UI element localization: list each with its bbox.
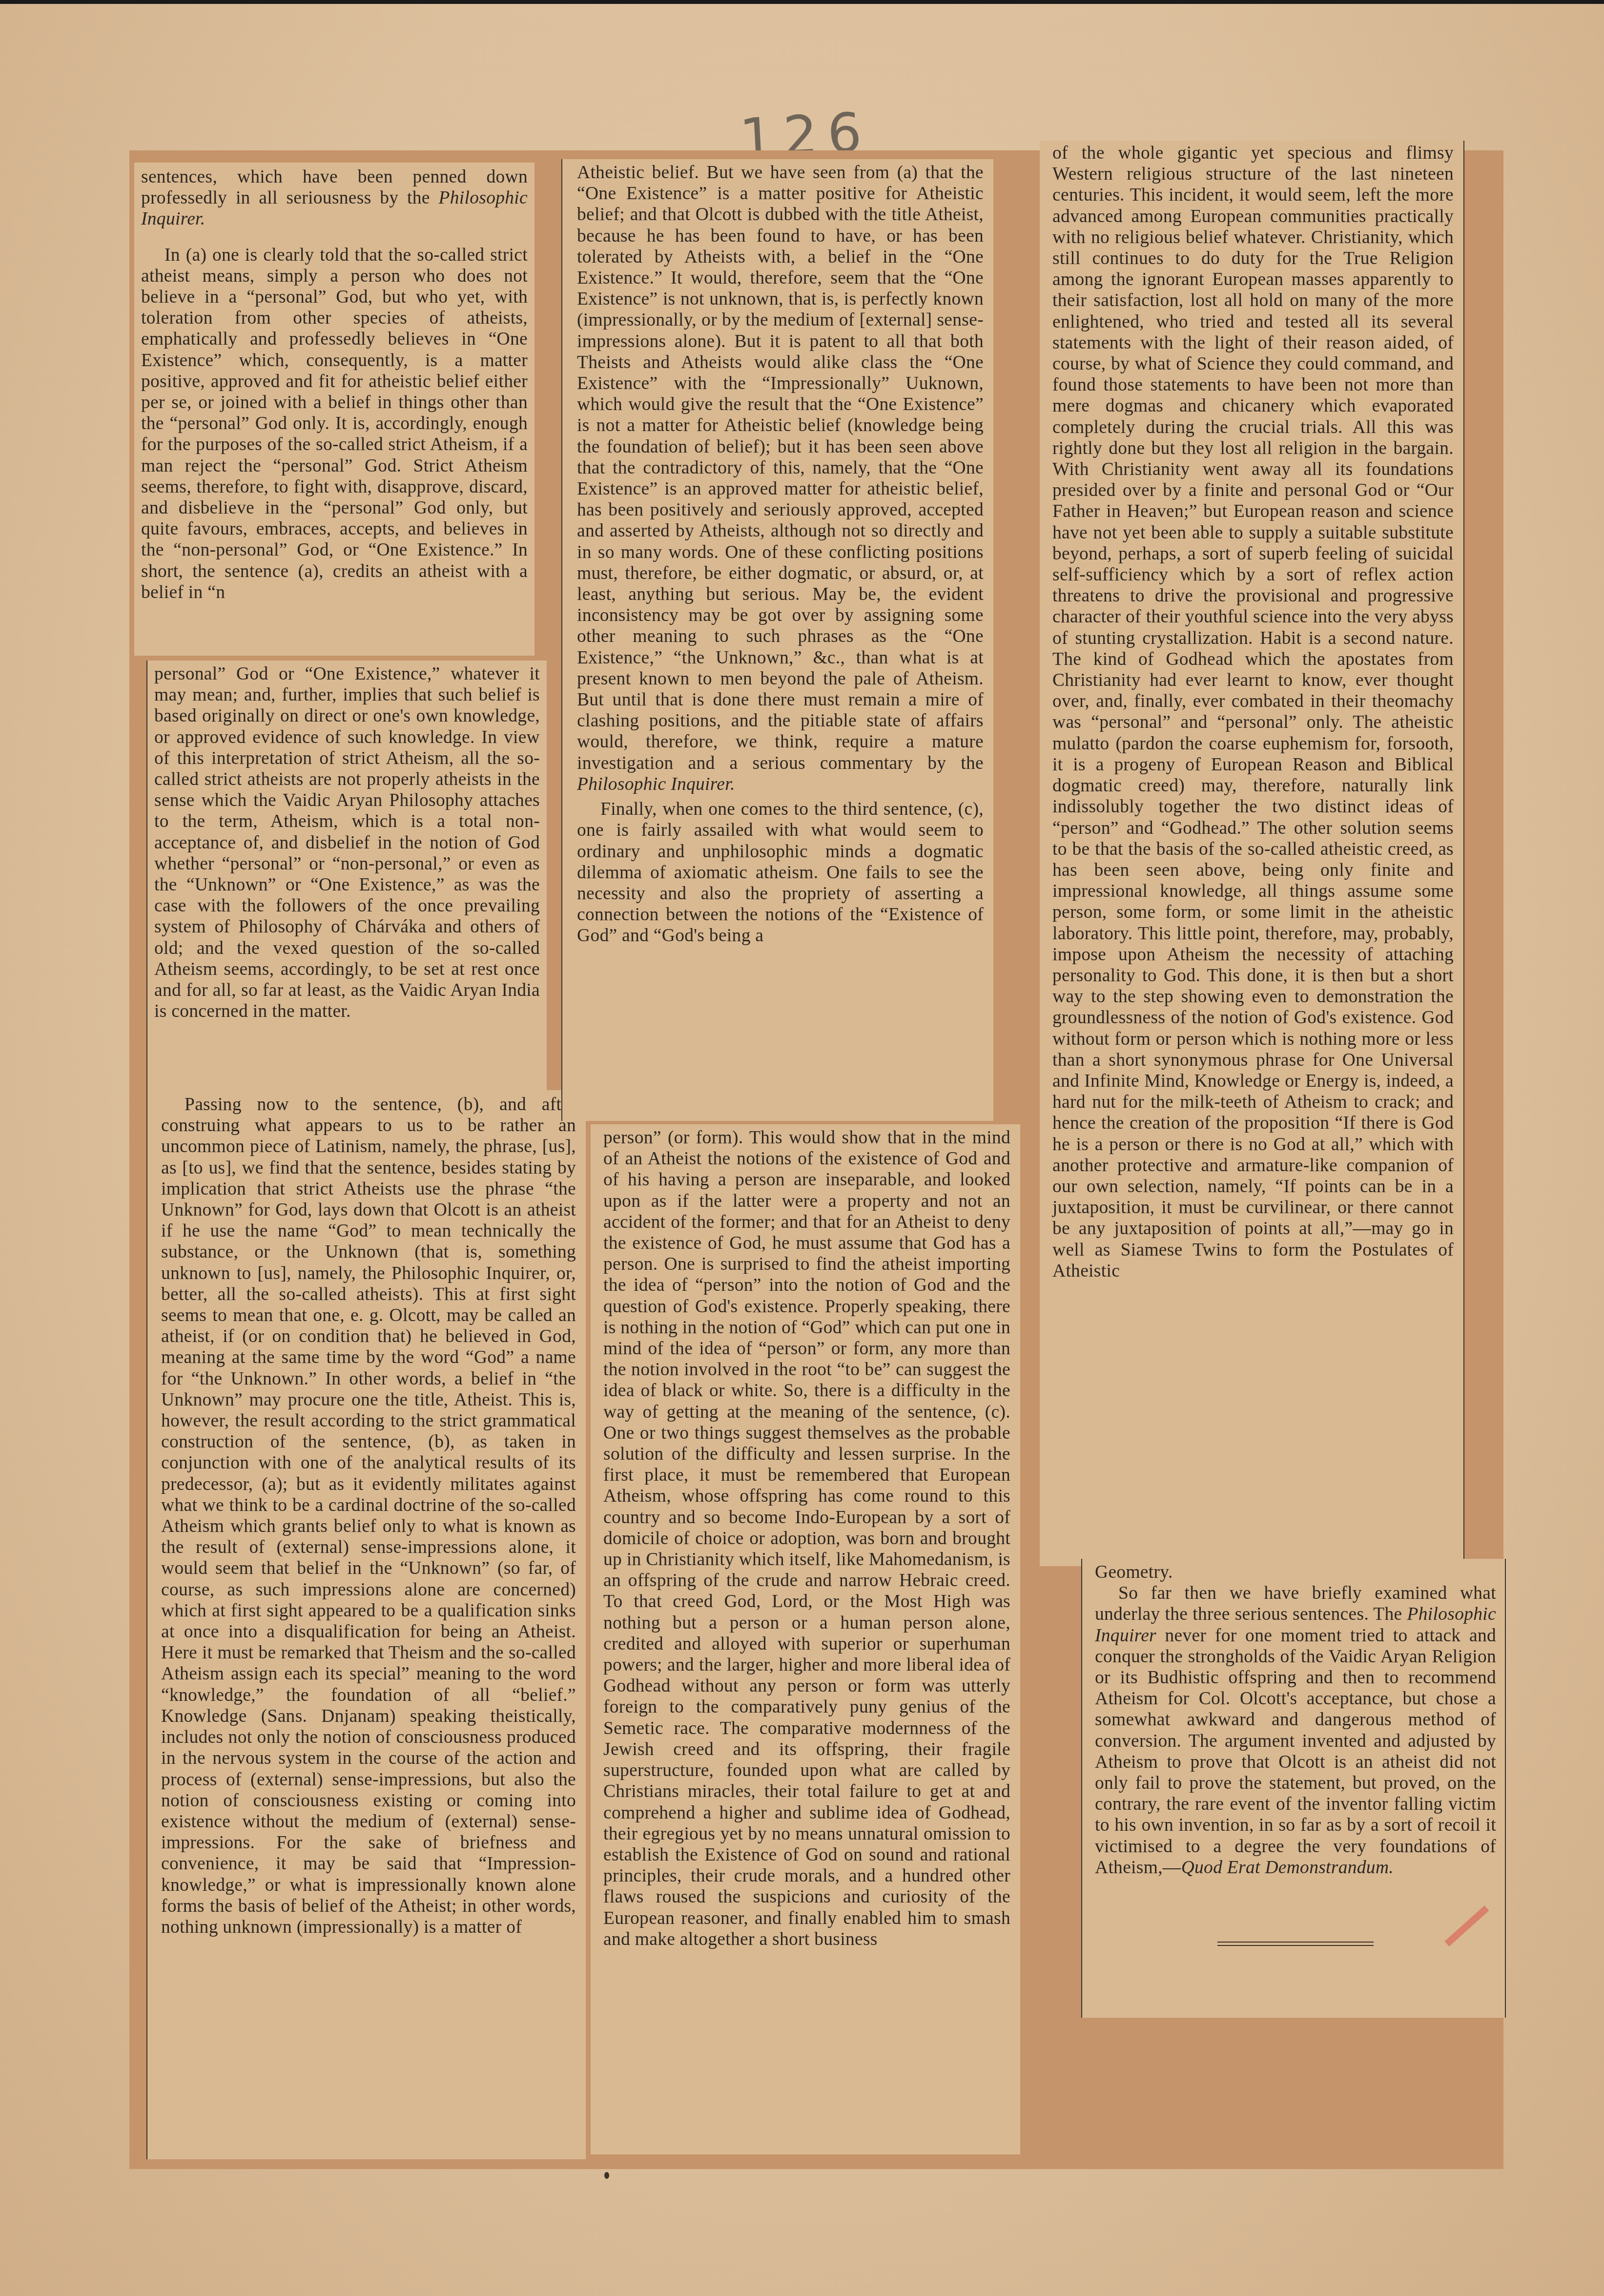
clipping-column-3-bottom: Geometry. So far then we have briefly ex… xyxy=(1081,1559,1506,2018)
ink-spot xyxy=(604,2172,609,2179)
paragraph: Finally, when one comes to the third sen… xyxy=(577,799,984,946)
paragraph: Atheistic belief. But we have seen from … xyxy=(577,163,984,773)
clipping-column-1-middle: personal” God or “One Existence,” whatev… xyxy=(146,661,547,1090)
paragraph: of the whole gigantic yet specious and f… xyxy=(1052,143,1454,1282)
paragraph: personal” God or “One Existence,” whatev… xyxy=(154,663,540,1022)
publication-title: Philosophic Inquirer. xyxy=(577,774,735,794)
paragraph: Passing now to the sentence, (b), and af… xyxy=(161,1094,576,1938)
clipping-column-1-top: sentences, which have been penned down p… xyxy=(134,163,535,656)
scrapbook-page: 126 sentences, which have been penned do… xyxy=(0,4,1604,2296)
clipping-column-1-bottom: Passing now to the sentence, (b), and af… xyxy=(146,1090,586,2159)
clipping-column-3-top: of the whole gigantic yet specious and f… xyxy=(1040,141,1464,1566)
end-rule xyxy=(1217,1942,1374,1946)
paragraph: In (a) one is clearly told that the so-c… xyxy=(141,245,528,603)
paragraph: person” (or form). This would show that … xyxy=(603,1127,1010,1950)
paragraph: Geometry. xyxy=(1095,1562,1496,1583)
paragraph: never for one moment tried to attack and… xyxy=(1095,1626,1496,1878)
closing-phrase: Quod Erat Demonstrandum. xyxy=(1181,1858,1394,1878)
clipping-column-2-bottom: person” (or form). This would show that … xyxy=(591,1124,1020,2154)
clipping-column-2-top: Atheistic belief. But we have seen from … xyxy=(561,159,993,1121)
